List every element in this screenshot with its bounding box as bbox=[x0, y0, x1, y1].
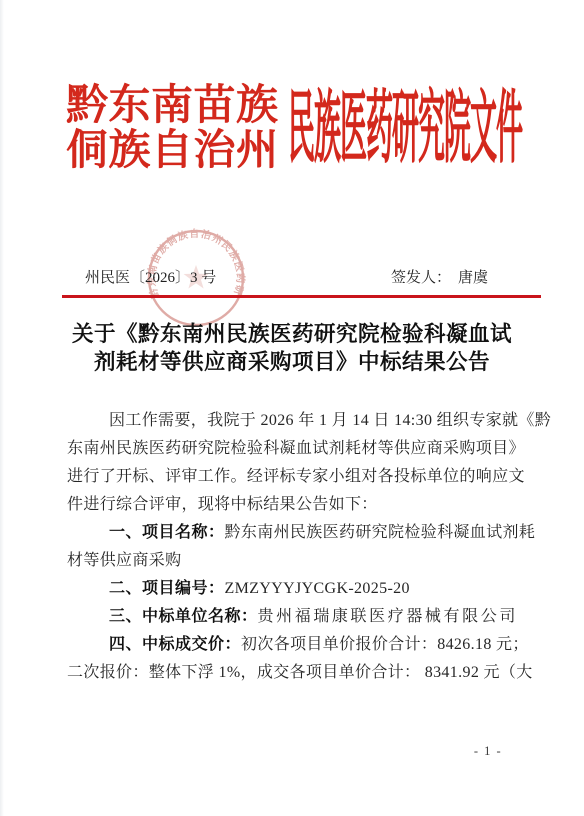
item-project-name-cont: 材等供应商采购 bbox=[67, 547, 535, 575]
body-line: 东南州民族医药研究院检验科凝血试剂耗材等供应商采购项目》 bbox=[67, 435, 535, 463]
item-label: 二、项目编号： bbox=[109, 580, 225, 597]
body-line: 进行了开标、评审工作。经评标专家小组对各投标单位的响应文 bbox=[67, 463, 535, 491]
issuer: 签发人：唐虞 bbox=[391, 266, 541, 287]
scan-edge-shadow bbox=[0, 0, 4, 816]
item-label: 四、中标成交价： bbox=[109, 636, 241, 653]
red-separator-line bbox=[62, 295, 541, 298]
letterhead-org-line1: 黔东南苗族 bbox=[66, 84, 279, 129]
document-title: 关于《黔东南州民族医药研究院检验科凝血试 剂耗材等供应商采购项目》中标结果公告 bbox=[0, 321, 584, 376]
item-winning-price: 四、中标成交价：初次各项目单价报价合计：8426.18 元； bbox=[67, 631, 535, 659]
issuer-name: 唐虞 bbox=[458, 270, 488, 286]
issuer-label: 签发人： bbox=[391, 270, 451, 286]
letterhead-doc-type: 民族医药研究院文件 bbox=[288, 90, 522, 170]
item-value: 黔东南州民族医药研究院检验科凝血试剂耗 bbox=[225, 524, 536, 541]
body-line: 件进行综合评审，现将中标结果公告如下： bbox=[67, 491, 535, 519]
item-label: 三、中标单位名称： bbox=[109, 608, 258, 625]
item-project-number: 二、项目编号：ZMZYYYJYCGK-2025-20 bbox=[67, 575, 535, 603]
letterhead-org-name: 黔东南苗族 侗族自治州 bbox=[66, 84, 279, 174]
document-body: 因工作需要，我院于 2026 年 1 月 14 日 14:30 组织专家就《黔 … bbox=[67, 407, 535, 687]
body-line: 因工作需要，我院于 2026 年 1 月 14 日 14:30 组织专家就《黔 bbox=[67, 407, 535, 435]
item-value: 初次各项目单价报价合计：8426.18 元； bbox=[241, 636, 529, 653]
page-number: - 1 - bbox=[448, 744, 528, 759]
letterhead-org-line2: 侗族自治州 bbox=[66, 129, 279, 174]
scanned-document-page: 黔东南苗族 侗族自治州 民族医药研究院文件 黔东南苗族侗族自治州民族医药研究院 … bbox=[0, 0, 584, 816]
doc-number: 州民医〔2026〕3 号 bbox=[62, 266, 216, 287]
item-winning-price-cont: 二次报价：整体下浮 1%，成交各项目单价合计： 8341.92 元（大 bbox=[67, 659, 535, 687]
item-project-name: 一、项目名称：黔东南州民族医药研究院检验科凝血试剂耗 bbox=[67, 519, 535, 547]
seal-arc-text: 黔东南苗族侗族自治州民族医药研究院 bbox=[141, 222, 247, 301]
item-value: ZMZYYYJYCGK-2025-20 bbox=[225, 580, 410, 597]
item-value: 贵州福瑞康联医疗器械有限公司 bbox=[258, 608, 518, 625]
item-winning-bidder: 三、中标单位名称：贵州福瑞康联医疗器械有限公司 bbox=[67, 603, 535, 631]
title-line1: 关于《黔东南州民族医药研究院检验科凝血试 bbox=[0, 321, 584, 349]
item-label: 一、项目名称： bbox=[109, 524, 225, 541]
title-line2: 剂耗材等供应商采购项目》中标结果公告 bbox=[0, 349, 584, 377]
doc-info-row: 州民医〔2026〕3 号 签发人：唐虞 bbox=[62, 266, 541, 287]
